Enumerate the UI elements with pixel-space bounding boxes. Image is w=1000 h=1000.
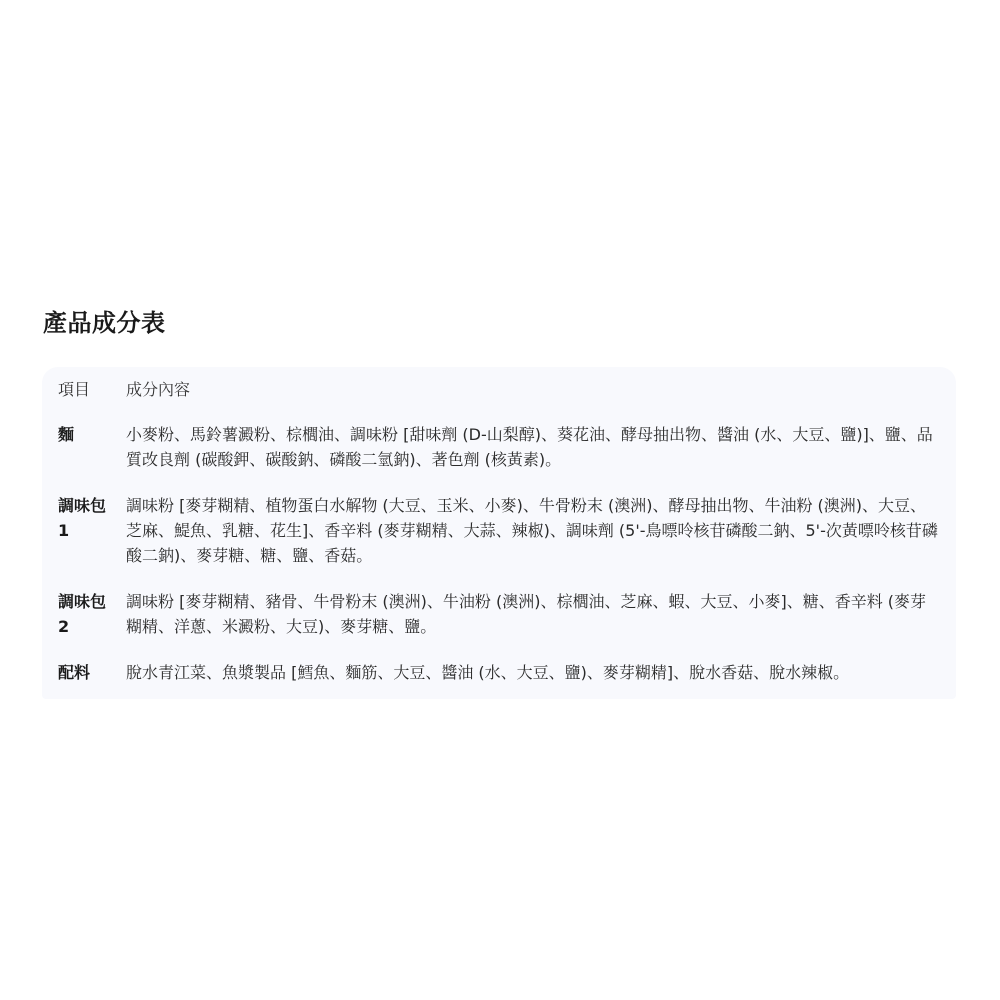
- page-title: 產品成分表: [43, 305, 956, 341]
- row-item-noodle: 麵: [42, 422, 126, 493]
- table-row: 配料 脫水青江菜、魚漿製品 [鱈魚、麵筋、大豆、醬油 (水、大豆、鹽)、麥芽糊精…: [42, 660, 956, 693]
- table-row: 調味包 2 調味粉 [麥芽糊精、豬骨、牛骨粉末 (澳洲)、牛油粉 (澳洲)、棕櫚…: [42, 589, 956, 660]
- row-content-seasoning-2: 調味粉 [麥芽糊精、豬骨、牛骨粉末 (澳洲)、牛油粉 (澳洲)、棕櫚油、芝麻、蝦…: [126, 589, 956, 660]
- row-item-toppings: 配料: [42, 660, 126, 693]
- row-item-seasoning-2: 調味包 2: [42, 589, 126, 660]
- row-content-seasoning-1: 調味粉 [麥芽糊精、植物蛋白水解物 (大豆、玉米、小麥)、牛骨粉末 (澳洲)、酵…: [126, 493, 956, 589]
- table-header-row: 項目 成分內容: [42, 375, 956, 422]
- table-row: 麵 小麥粉、馬鈴薯澱粉、棕櫚油、調味粉 [甜味劑 (D-山梨醇)、葵花油、酵母抽…: [42, 422, 956, 493]
- row-item-seasoning-1: 調味包 1: [42, 493, 126, 589]
- ingredients-table: 項目 成分內容 麵 小麥粉、馬鈴薯澱粉、棕櫚油、調味粉 [甜味劑 (D-山梨醇)…: [42, 375, 956, 693]
- header-content: 成分內容: [126, 375, 956, 422]
- ingredients-section: 產品成分表 項目 成分內容 麵 小麥粉、馬鈴薯澱粉、棕櫚油、調味粉 [甜味劑 (…: [42, 305, 956, 699]
- table-row: 調味包 1 調味粉 [麥芽糊精、植物蛋白水解物 (大豆、玉米、小麥)、牛骨粉末 …: [42, 493, 956, 589]
- ingredients-table-container: 項目 成分內容 麵 小麥粉、馬鈴薯澱粉、棕櫚油、調味粉 [甜味劑 (D-山梨醇)…: [42, 367, 956, 699]
- row-content-toppings: 脫水青江菜、魚漿製品 [鱈魚、麵筋、大豆、醬油 (水、大豆、鹽)、麥芽糊精]、脫…: [126, 660, 956, 693]
- header-item: 項目: [42, 375, 126, 422]
- row-content-noodle: 小麥粉、馬鈴薯澱粉、棕櫚油、調味粉 [甜味劑 (D-山梨醇)、葵花油、酵母抽出物…: [126, 422, 956, 493]
